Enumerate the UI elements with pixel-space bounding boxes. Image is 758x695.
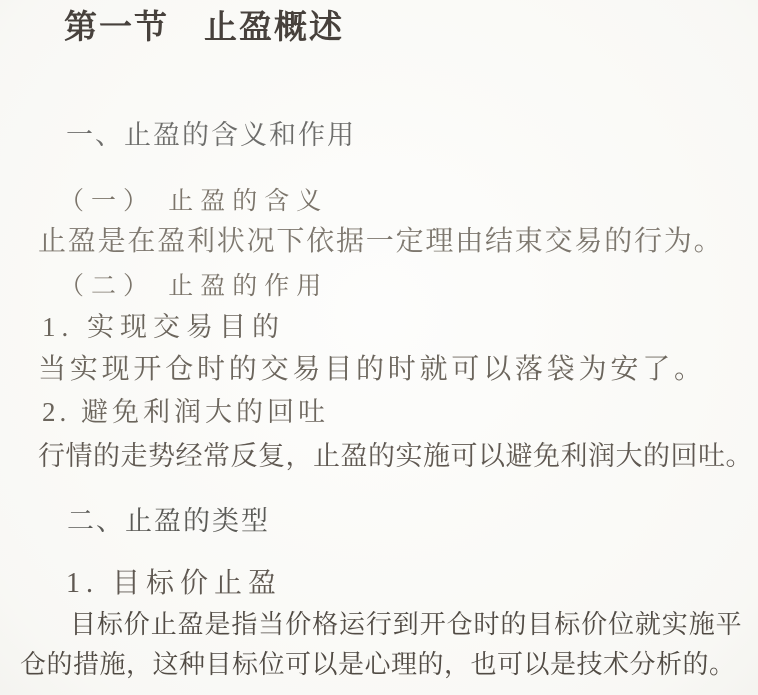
section-1-point-2-title: 2. 避免利润大的回吐	[42, 399, 329, 426]
section-1-sub-1-body: 止盈是在盈利状况下依据一定理由结束交易的行为。	[38, 228, 723, 256]
book-page: 第一节 止盈概述 一、止盈的含义和作用 （一） 止盈的含义 止盈是在盈利状况下依…	[0, 0, 758, 695]
section-2-point-1-body-line-2: 仓的措施，这种目标位可以是心理的，也可以是技术分析的。	[20, 652, 736, 678]
chapter-title: 第一节 止盈概述	[64, 12, 344, 45]
section-1-point-2-body: 行情的走势经常反复，止盈的实施可以避免利润大的回吐。	[38, 443, 753, 470]
section-2-point-1-body-line-1: 目标价止盈是指当价格运行到开仓时的目标价位就实施平	[70, 612, 743, 638]
section-1-point-1-title: 1. 实现交易目的	[42, 314, 285, 341]
section-1-sub-1-label: （一） 止盈的含义	[59, 189, 328, 214]
section-1-sub-2-label: （二） 止盈的作用	[59, 274, 328, 299]
section-2-heading: 二、止盈的类型	[67, 508, 270, 535]
section-1-point-1-body: 当实现开仓时的交易目的时就可以落袋为安了。	[38, 356, 706, 384]
section-2-point-1-title: 1. 目标价止盈	[66, 570, 282, 598]
section-1-heading: 一、止盈的含义和作用	[66, 122, 356, 149]
